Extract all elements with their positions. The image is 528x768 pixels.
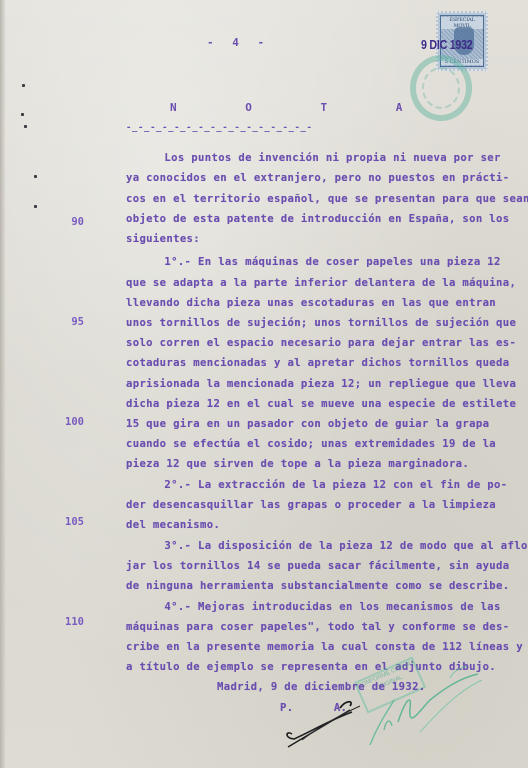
text-line: del mecanismo. — [126, 519, 220, 531]
binding-hole-mark — [22, 84, 25, 87]
text-line: 4°.- Mejoras introducidas en los mecanis… — [124, 601, 501, 613]
text-line: cotaduras mencionadas y al apretar dicho… — [126, 357, 510, 369]
text-line: ya conocidos en el extranjero, pero no p… — [126, 172, 510, 184]
margin-line-number: 105 — [44, 516, 84, 528]
text-line: dicha pieza 12 en el cual se mueve una e… — [126, 398, 516, 410]
text-line: llevando dicha pieza unas escotaduras en… — [126, 297, 496, 309]
text-line: cos en el territorio español, que se pre… — [126, 193, 528, 205]
title-underline: -_-_-_-_-_-_-_-_-_-_-_-_-_-_-_- — [126, 123, 313, 133]
signature-green-icon — [350, 660, 490, 755]
date-overprint-stamp: 9 DIC 1932 — [421, 37, 472, 52]
text-line: jar los tornillos 14 se pueda sacar fáci… — [126, 560, 510, 572]
text-line: cuando se efectúa el cosido; unas extrem… — [126, 438, 496, 450]
text-line: unos tornillos de sujeción; unos tornill… — [126, 317, 516, 329]
binding-hole-mark — [34, 175, 37, 178]
text-line: máquinas para coser papeles", todo tal y… — [126, 621, 510, 633]
document-page: - 4 - ESPECIAL MOVIL 5 CENTIMOS 9 DIC 19… — [0, 0, 528, 768]
binding-hole-mark — [34, 205, 37, 208]
binding-hole-mark — [24, 125, 27, 128]
text-line: objeto de esta patente de introducción e… — [126, 213, 510, 225]
text-line: pieza 12 que sirven de tope a la pieza m… — [126, 458, 469, 470]
text-line: 15 que gira en un pasador con objeto de … — [126, 418, 489, 430]
text-line: solo corren el espacio necesario para de… — [126, 337, 516, 349]
text-line: 1°.- En las máquinas de coser papeles un… — [124, 256, 501, 268]
text-line: 2°.- La extracción de la pieza 12 con el… — [124, 479, 508, 491]
document-title: N O T A — [170, 101, 433, 114]
text-line: Los puntos de invención ni propia ni nue… — [124, 152, 501, 164]
margin-line-number: 90 — [44, 216, 84, 228]
text-line: aprisionada la mencionada pieza 12; un r… — [126, 378, 516, 390]
margin-line-number: 110 — [44, 616, 84, 628]
text-line: cribe en la presente memoria la cual con… — [126, 641, 523, 653]
text-line: 3°.- La disposición de la pieza 12 de mo… — [124, 540, 528, 552]
text-line: der desencasquillar las grapas o procede… — [126, 499, 496, 511]
binding-hole-mark — [21, 113, 24, 116]
margin-line-number: 95 — [44, 316, 84, 328]
text-line: siguientes: — [126, 233, 200, 245]
text-line: que se adapta a la parte inferior delant… — [126, 277, 516, 289]
page-number: - 4 - — [207, 36, 270, 49]
margin-line-number: 100 — [44, 416, 84, 428]
paper-left-edge-shadow — [0, 0, 6, 768]
text-line: de ninguna herramienta substancialmente … — [126, 580, 510, 592]
